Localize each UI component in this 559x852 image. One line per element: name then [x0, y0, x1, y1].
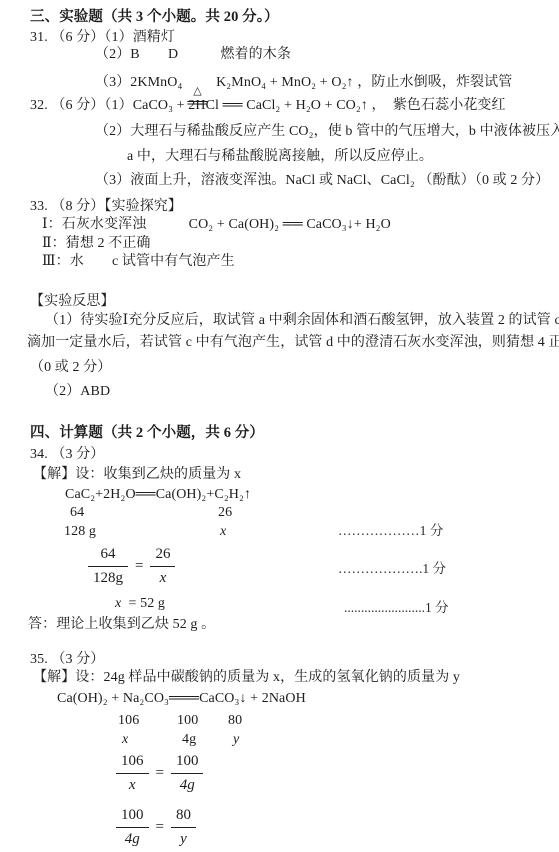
q34-unknown-x: x	[220, 523, 226, 541]
q35-mass-naoh: 80	[228, 712, 242, 730]
q34-score2: ……………….1 分	[338, 557, 446, 577]
q35-proportion-1: 106x = 1004g	[116, 752, 203, 795]
q34-answer-sentence: 答：理论上收集到乙炔 52 g 。	[28, 616, 215, 634]
q35-given-row: x 4g y	[0, 731, 559, 819]
q34-given-row: 128 g x ………………1 分	[0, 523, 559, 611]
q34-mass-c2h2: 26	[218, 504, 232, 522]
equals-sign: =	[156, 765, 164, 782]
q34-mass-caC2: 64	[70, 504, 84, 522]
reflect-para2: 滴加一定量水后，若试管 c 中有气泡产生，试管 d 中的澄清石灰水变浑浊，则猜想…	[27, 334, 559, 352]
fraction-100-4g-2: 1004g	[116, 806, 149, 849]
q34-sol-value: = 52 g	[121, 596, 165, 611]
q32-line3: a 中，大理石与稀盐酸脱离接触，所以反应停止。	[127, 148, 433, 166]
q35-unknown-x: x	[122, 731, 128, 749]
q34-solution: x = 52 g	[115, 595, 165, 613]
q32-line2: （2）大理石与稀盐酸反应产生 CO₂，使 b 管中的气压增大，b 中液体被压入	[95, 123, 559, 141]
q33-row2: Ⅱ：猜想 2 不正确	[42, 235, 151, 253]
equals-sign: =	[135, 558, 143, 575]
q35-setup: 【解】设：24g 样品中碳酸钠的质量为 x，生成的氢氧化钠的质量为 y	[33, 669, 460, 687]
q34-title: 34. （3 分）	[30, 446, 104, 464]
q34-given-mass: 128 g	[64, 523, 96, 541]
q35-mass-caco3: 100	[177, 712, 198, 730]
section3-header: 三、实验题（共 3 个小题。共 20 分。）	[30, 8, 279, 26]
fraction-26-x: 26x	[150, 545, 175, 588]
q34-score1: ………………1 分	[338, 523, 444, 540]
q31-line1: 31. （6 分）（1）酒精灯	[30, 29, 175, 47]
q33-row3: Ⅲ：水 c 试管中有气泡产生	[42, 253, 235, 271]
q31-eq-left: （3）2KMnO₄	[95, 75, 182, 90]
fraction-64-128g: 64128g	[88, 545, 128, 588]
q35-title: 35. （3 分）	[30, 651, 104, 669]
equals-sign: =	[156, 819, 164, 836]
fraction-80-y: 80y	[171, 806, 196, 849]
q32-line4: （3）液面上升，溶液变浑浊。NaCl 或 NaCl、CaCl₂ （酚酞）（0 或…	[95, 172, 549, 190]
q35-given-4g: 4g	[182, 731, 196, 749]
q34-setup: 【解】设：收集到乙炔的质量为 x	[33, 466, 241, 484]
q32-line1: 32. （6 分）（1）CaCO₃ + 2HCl ══ CaCl₂ + H₂O …	[30, 97, 506, 115]
reflect-para1: （1）待实验Ⅰ充分反应后，取试管 a 中剩余固体和酒石酸氢钾，放入装置 2 的试…	[45, 312, 559, 330]
q33-header: 33. （8 分）【实验探究】	[30, 198, 182, 216]
q35-unknown-y: y	[233, 731, 239, 749]
q34-score3: ........................1 分	[344, 596, 449, 616]
exam-answer-key-page: 三、实验题（共 3 个小题。共 20 分。） 31. （6 分）（1）酒精灯 （…	[0, 0, 559, 852]
q33-row1: Ⅰ：石灰水变浑浊 CO₂ + Ca(OH)₂ ══ CaCO₃↓+ H₂O	[42, 216, 391, 234]
q35-proportion-2: 1004g = 80y	[116, 806, 196, 849]
reflect-score-note: （0 或 2 分）	[30, 359, 111, 377]
q34-equation: CaC₂+2H₂O══Ca(OH)₂+C₂H₂↑	[65, 486, 251, 504]
q31-eq-right: K₂MnO₄ + MnO₂ + O₂↑ ，防止水倒吸，炸裂试管	[213, 75, 513, 90]
q34-proportion: 64128g = 26x	[88, 545, 175, 588]
section4-header: 四、计算题（共 2 个小题，共 6 分）	[30, 424, 264, 442]
q35-mass-caoh2: 106	[118, 712, 139, 730]
reflect-answer-abd: （2）ABD	[45, 383, 110, 401]
fraction-100-4g: 1004g	[171, 752, 204, 795]
q31-line2: （2）B D 燃着的木条	[95, 46, 291, 64]
reflect-header: 【实验反思】	[30, 293, 115, 311]
fraction-106-x: 106x	[116, 752, 149, 795]
q35-equation: Ca(OH)₂ + Na₂CO₃═══CaCO₃↓ + 2NaOH	[57, 690, 306, 708]
